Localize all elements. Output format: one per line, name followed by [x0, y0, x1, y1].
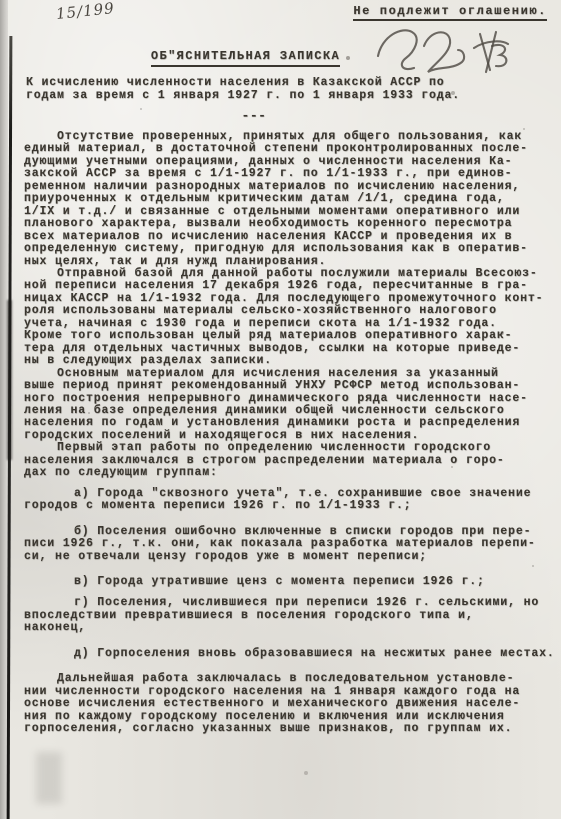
paragraph-2: Отправной базой для данной работы послуж…	[24, 268, 558, 368]
document-subtitle: К исчислению численности населения в Каз…	[26, 76, 460, 102]
list-item-v: в) Города утратившие ценз с момента пере…	[24, 576, 558, 588]
paragraph-1: Отсутствие проверенных, принятых для общ…	[24, 131, 558, 268]
security-classification-stamp: Не подлежит оглашению.	[353, 4, 547, 21]
list-item-a: а) Города "сквозного учета", т.е. сохран…	[24, 488, 558, 513]
handwritten-folio-number: 15/199	[55, 0, 115, 23]
document-title: ОБ"ЯСНИТЕЛЬНАЯ ЗАПИСКА	[151, 49, 340, 67]
section-separator: ---	[24, 108, 484, 123]
scan-smudge	[36, 752, 62, 804]
document-body: Отсутствие проверенных, принятых для общ…	[24, 131, 558, 735]
list-item-b: б) Поселения ошибочно включенные в списк…	[24, 526, 558, 563]
list-item-d: д) Горпоселения вновь образовавшиеся на …	[24, 648, 558, 660]
paragraph-3: Основным материалом для исчисления насел…	[24, 368, 558, 443]
scanned-document-page: 15/199 Не подлежит оглашению. ОБ"ЯСНИТЕЛ…	[0, 0, 561, 819]
binding-edge-shadow	[7, 300, 12, 460]
paragraph-5: Дальнейшая работа заключалась в последов…	[24, 673, 558, 735]
list-item-g: г) Поселения, числившиеся при переписи 1…	[24, 597, 558, 634]
paragraph-4: Первый этап работы по определению числен…	[24, 442, 558, 479]
scan-speckles	[0, 0, 2, 2]
